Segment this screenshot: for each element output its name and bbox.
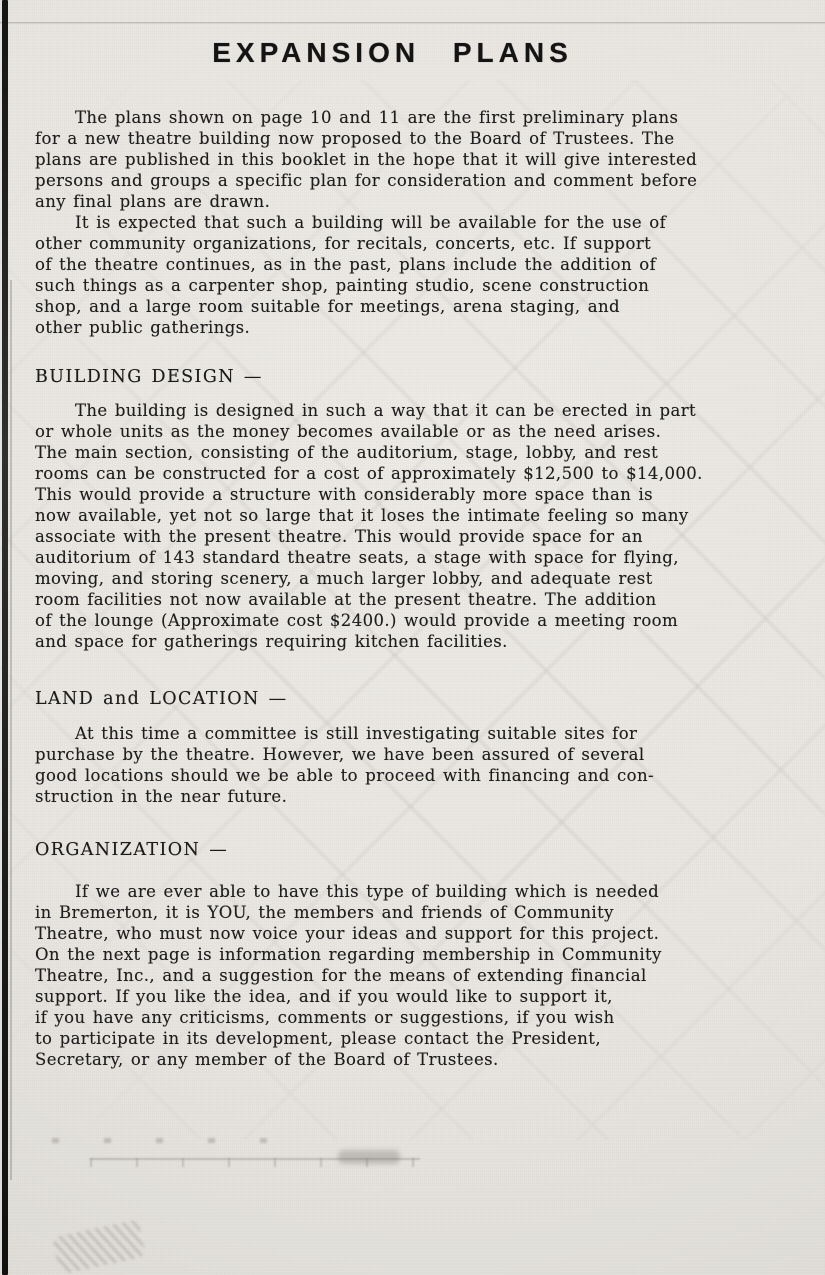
showthrough-scale-label-ghost xyxy=(338,1150,400,1164)
section-heading-land-location: LAND and LOCATION — xyxy=(35,689,810,710)
intro-paragraph-1: The plans shown on page 10 and 11 are th… xyxy=(35,107,810,212)
scanned-booklet-page: EXPANSION PLANS The plans shown on page … xyxy=(0,0,825,1275)
showthrough-numbers-ghost xyxy=(52,1138,267,1143)
land-location-paragraph: At this time a committee is still invest… xyxy=(35,723,810,807)
page-title: EXPANSION PLANS xyxy=(5,36,780,70)
intro-paragraph-2: It is expected that such a building will… xyxy=(35,212,810,338)
section-heading-organization: ORGANIZATION — xyxy=(35,840,810,861)
organization-paragraph: If we are ever able to have this type of… xyxy=(35,881,810,1070)
page-content: EXPANSION PLANS The plans shown on page … xyxy=(35,0,810,1070)
page-binding-edge xyxy=(2,0,8,1275)
section-heading-building-design: BUILDING DESIGN — xyxy=(35,367,810,388)
building-design-paragraph: The building is designed in such a way t… xyxy=(35,400,810,652)
showthrough-scribble-ghost xyxy=(52,1219,146,1274)
page-binding-edge-shadow xyxy=(10,280,12,1180)
